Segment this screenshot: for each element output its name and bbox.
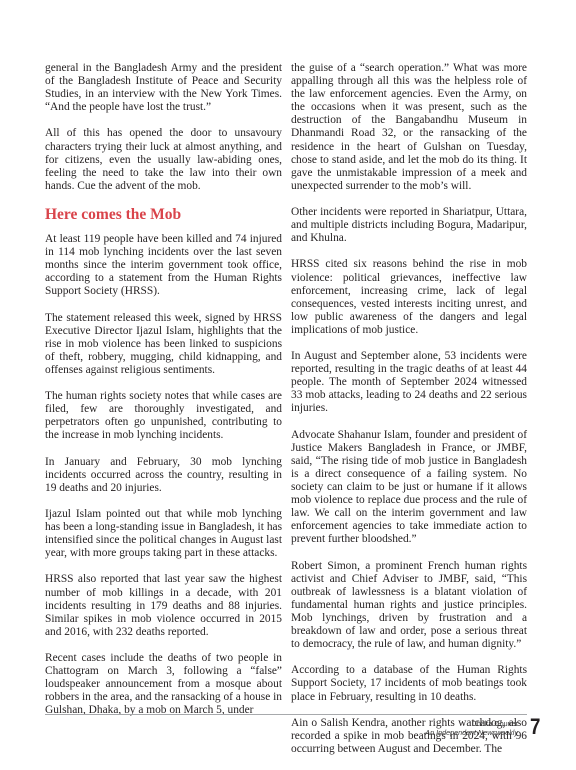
publication-tagline: An Independent Newsweekly	[425, 729, 518, 738]
paragraph: In August and September alone, 53 incide…	[291, 350, 527, 415]
page-number: 7	[530, 716, 540, 738]
paragraph: general in the Bangladesh Army and the p…	[45, 62, 282, 114]
paragraph: HRSS cited six reasons behind the rise i…	[291, 258, 527, 337]
paragraph: The statement released this week, signed…	[45, 312, 282, 377]
left-column: general in the Bangladesh Army and the p…	[45, 62, 282, 718]
paragraph: Robert Simon, a prominent French human r…	[291, 560, 527, 652]
paragraph: Advocate Shahanur Islam, founder and pre…	[291, 429, 527, 547]
paragraph: In January and February, 30 mob lynching…	[45, 456, 282, 495]
paragraph: HRSS also reported that last year saw th…	[45, 573, 282, 638]
paragraph: At least 119 people have been killed and…	[45, 233, 282, 298]
footer-divider	[45, 714, 527, 715]
section-subheading: Here comes the Mob	[45, 206, 282, 224]
paragraph: The human rights society notes that whil…	[45, 390, 282, 442]
paragraph: According to a database of the Human Rig…	[291, 664, 527, 703]
paragraph: the guise of a “search operation.” What …	[291, 62, 527, 193]
page-footer: Dhaka Courier An Independent Newsweekly	[425, 720, 518, 737]
paragraph: Ijazul Islam pointed out that while mob …	[45, 508, 282, 560]
right-column: the guise of a “search operation.” What …	[291, 62, 527, 756]
paragraph: Other incidents were reported in Shariat…	[291, 206, 527, 245]
paragraph: Recent cases include the deaths of two p…	[45, 652, 282, 717]
paragraph: All of this has opened the door to unsav…	[45, 127, 282, 192]
